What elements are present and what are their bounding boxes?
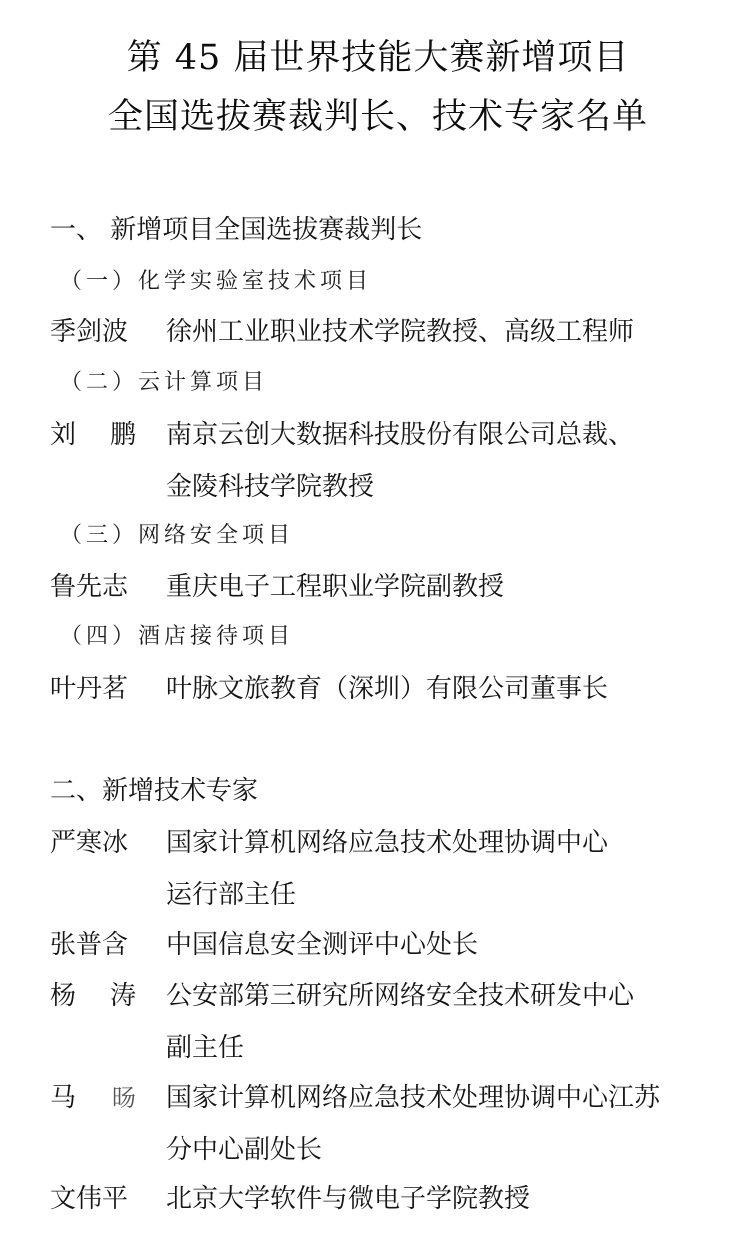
person-title: 国家计算机网络应急技术处理协调中心 — [166, 826, 608, 860]
person-title: 重庆电子工程职业学院副教授 — [166, 570, 504, 604]
person-name: 叶丹茗 — [50, 672, 160, 706]
person-title: 公安部第三研究所网络安全技术研发中心 — [166, 979, 634, 1013]
person-title: 中国信息安全测评中心处长 — [166, 928, 478, 962]
subheading-cloud-computing: （二）云计算项目 — [60, 368, 268, 398]
person-name-part: 杨 — [50, 979, 76, 1013]
person-name: 鲁先志 — [50, 570, 160, 604]
person-title: 徐州工业职业技术学院教授、高级工程师 — [166, 315, 634, 349]
person-name-part: 涛 — [110, 979, 136, 1013]
person-name: 马 旸 — [50, 1081, 136, 1115]
section-heading-tech-experts: 二、新增技术专家 — [50, 774, 258, 808]
person-title: 南京云创大数据科技股份有限公司总裁、 — [166, 418, 634, 452]
person-name: 杨 涛 — [50, 979, 136, 1013]
person-title: 北京大学软件与微电子学院教授 — [166, 1182, 530, 1216]
person-name: 张普含 — [50, 928, 160, 962]
person-name: 季剑波 — [50, 315, 160, 349]
person-title-continued: 运行部主任 — [166, 878, 296, 912]
person-title-continued: 副主任 — [166, 1031, 244, 1065]
person-title: 叶脉文旅教育（深圳）有限公司董事长 — [166, 672, 608, 706]
section-heading-chief-judges: 一、 新增项目全国选拔赛裁判长 — [50, 213, 422, 247]
person-name: 文伟平 — [50, 1182, 160, 1216]
document-title-line-2: 全国选拔赛裁判长、技术专家名单 — [0, 95, 756, 139]
subheading-hotel-reception: （四）酒店接待项目 — [60, 622, 294, 652]
subheading-cyber-security: （三）网络安全项目 — [60, 521, 294, 551]
person-name-part: 马 — [50, 1081, 76, 1115]
document-title-line-1: 第 45 届世界技能大赛新增项目 — [0, 36, 756, 80]
person-title: 国家计算机网络应急技术处理协调中心江苏 — [166, 1081, 660, 1115]
person-name: 严寒冰 — [50, 826, 160, 860]
person-name-part: 刘 — [50, 418, 76, 452]
person-name-part: 旸 — [112, 1081, 136, 1115]
person-title-continued: 分中心副处长 — [166, 1133, 322, 1167]
person-name: 刘 鹏 — [50, 418, 136, 452]
person-name-part: 鹏 — [110, 418, 136, 452]
subheading-chemistry-lab: （一）化学实验室技术项目 — [60, 267, 372, 297]
person-title-continued: 金陵科技学院教授 — [166, 470, 374, 504]
